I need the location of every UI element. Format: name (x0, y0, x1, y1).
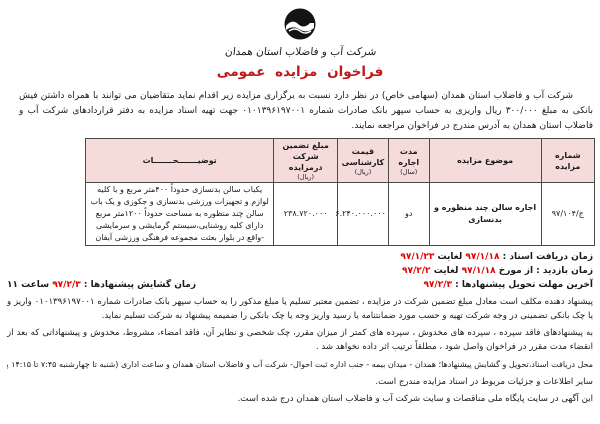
col-header-description: توضیـــــــحـــــــات (86, 139, 274, 183)
document-title: فراخوان مزایده عمومی (5, 64, 595, 80)
col-header-label: موضوع مزایده (432, 155, 539, 166)
col-header-subject: موضوع مزایده (429, 139, 541, 183)
date-label: آخرین مهلت تحویل پیشنهادها : (455, 280, 593, 290)
site-visit-period: زمان بازدید : از مورخ ۹۷/۱/۱۸ لغایت ۹۷/۲… (7, 265, 593, 278)
water-company-logo-icon (283, 7, 317, 41)
guarantee-terms-paragraph: پیشنهاد دهنده مکلف است معادل مبلغ تضمین … (7, 296, 593, 323)
organization-name: شرکت آب و فاضلاب استان همدان (4, 46, 596, 58)
date-label: زمان بازدید : از مورخ (499, 266, 593, 276)
col-header-lease-duration: مدت اجاره(سال) (388, 139, 429, 183)
col-header-label: توضیـــــــحـــــــات (88, 155, 271, 166)
date-label: زمان گشایش پیشنهادها : (84, 280, 196, 290)
cell-lease-duration: دو (388, 183, 429, 246)
col-header-label: مبلغ تضمین شرکت درمزایده (276, 140, 335, 173)
col-header-appraised-price: قیمت کارشناسی(ریال) (337, 139, 388, 183)
col-header-unit: (سال) (391, 168, 427, 176)
date-value: ۹۷/۲/۳ (423, 280, 452, 290)
rejection-terms-paragraph: به پیشنهادهای فاقد سپرده ، سپرده های مخد… (7, 327, 593, 354)
date-label: زمان دریافت اسناد : (503, 252, 593, 262)
auction-table: شماره مزایده موضوع مزایده مدت اجاره(سال)… (85, 138, 595, 246)
date-value: ۹۷/۲/۳ (52, 280, 81, 290)
publication-note-paragraph: این آگهی در سایت پایگاه ملی مناقصات و سا… (7, 393, 593, 407)
auction-table-body: ج/۹۷/۱۰۴ اجاره سالن چند منظوره و بدنسازی… (86, 183, 595, 246)
bid-opening-time: زمان گشایش پیشنهادها : ۹۷/۲/۳ ساعت ۱۱ (7, 279, 196, 292)
tender-document-page: { "colors":{ "title_red":"#c01818", "dat… (0, 0, 600, 424)
cell-appraised-price: ۶.۲۴۰.۰۰۰.۰۰۰ (337, 183, 388, 246)
col-header-label: مدت اجاره (391, 146, 427, 168)
date-until: لغایت (438, 252, 463, 262)
date-value: ۹۷/۱/۱۸ (462, 266, 496, 276)
date-value: ۹۷/۱/۲۳ (400, 252, 434, 262)
cell-auction-number: ج/۹۷/۱۰۴ (541, 183, 594, 246)
location-hours-paragraph: محل دریافت اسناد،تحویل و گشایش پیشنهادها… (7, 358, 593, 372)
date-value: ۹۷/۱/۱۸ (465, 252, 499, 262)
intro-paragraph: شرکت آب و فاضلاب استان همدان (سهامی خاص)… (5, 89, 595, 134)
document-receive-period: زمان دریافت اسناد : ۹۷/۱/۱۸ لغایت ۹۷/۱/۲… (7, 251, 593, 264)
header-row: شماره مزایده موضوع مزایده مدت اجاره(سال)… (86, 139, 595, 183)
col-header-auction-number: شماره مزایده (541, 139, 594, 183)
cell-subject: اجاره سالن چند منظوره و بدنسازی (429, 183, 541, 246)
document-header: شرکت آب و فاضلاب استان همدان فراخوان مزا… (5, 5, 595, 80)
col-header-label: شماره مزایده (544, 150, 592, 172)
cell-description: یکباب سالن بدنسازی حدوداً ۴۰۰متر مربع و … (86, 183, 274, 246)
col-header-unit: (ریال) (340, 168, 386, 176)
deadline-and-opening-line: آخرین مهلت تحویل پیشنهادها : ۹۷/۲/۳ زمان… (7, 279, 593, 292)
opening-hour: ساعت ۱۱ (7, 280, 49, 290)
col-header-unit: (ریال) (276, 173, 335, 181)
col-header-guarantee-amount: مبلغ تضمین شرکت درمزایده(ریال) (274, 139, 338, 183)
cell-guarantee-amount: ۲۳۸.۷۲۰.۰۰۰ (274, 183, 338, 246)
terms-section: پیشنهاد دهنده مکلف است معادل مبلغ تضمین … (5, 296, 595, 407)
date-until: لغایت (434, 266, 459, 276)
document-page: شرکت آب و فاضلاب استان همدان فراخوان مزا… (0, 0, 600, 407)
auction-table-header: شماره مزایده موضوع مزایده مدت اجاره(سال)… (86, 139, 595, 183)
submission-deadline: آخرین مهلت تحویل پیشنهادها : ۹۷/۲/۳ (423, 279, 593, 292)
table-row: ج/۹۷/۱۰۴ اجاره سالن چند منظوره و بدنسازی… (86, 183, 595, 246)
schedule-section: زمان دریافت اسناد : ۹۷/۱/۱۸ لغایت ۹۷/۱/۲… (5, 251, 595, 292)
date-value: ۹۷/۲/۲ (402, 266, 431, 276)
col-header-label: قیمت کارشناسی (340, 146, 386, 168)
other-details-paragraph: سایر اطلاعات و جزئیات مربوط در اسناد مزا… (7, 376, 593, 390)
